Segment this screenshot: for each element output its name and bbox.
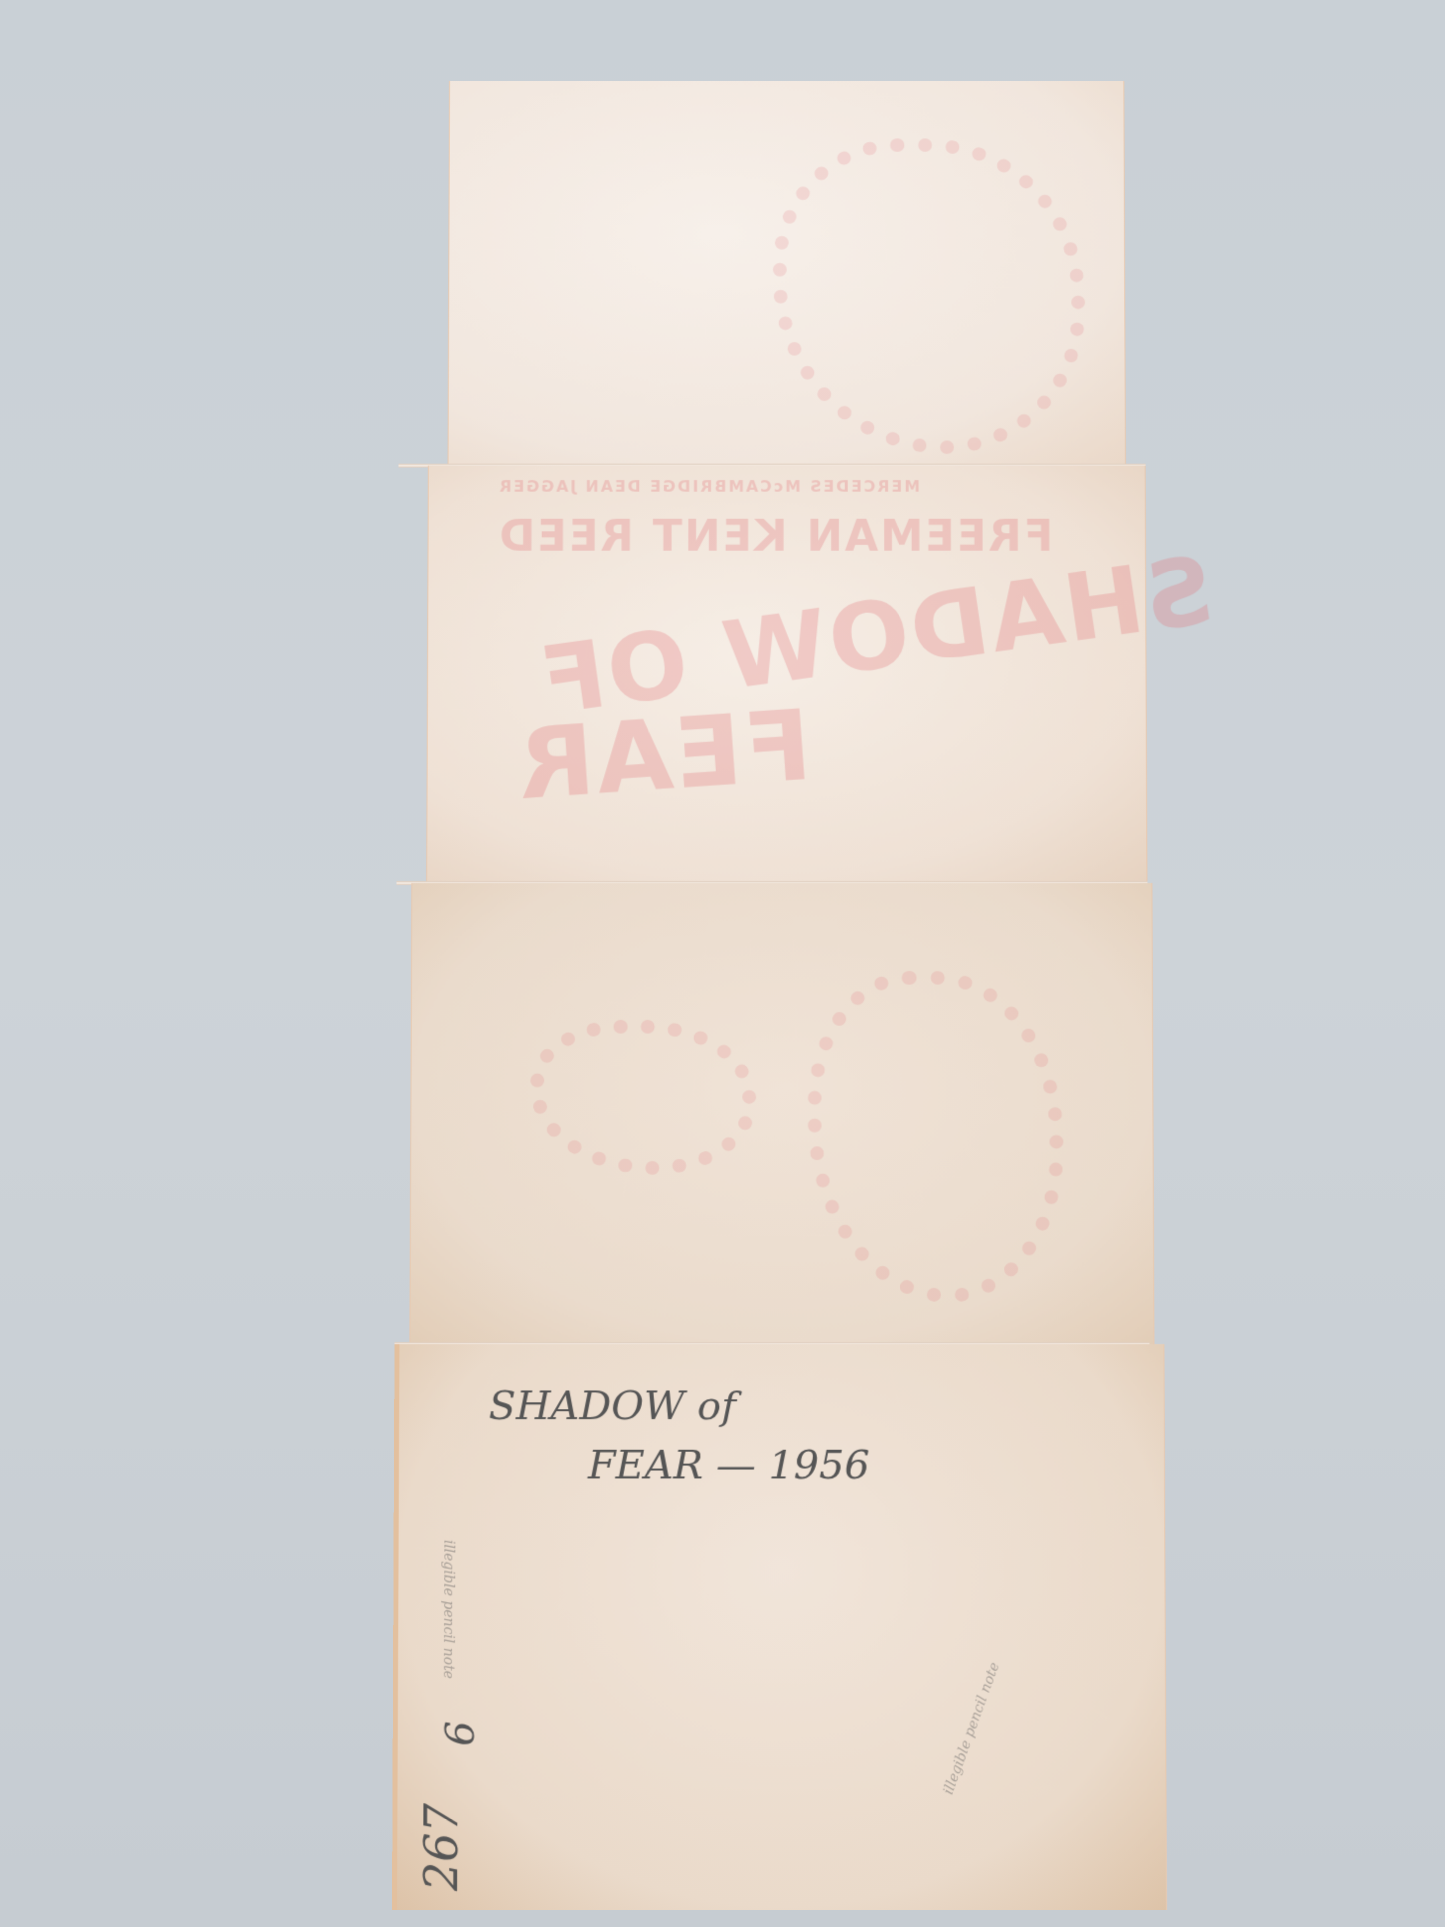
handwritten-title-1: SHADOW of	[489, 1384, 736, 1429]
inventory-number: 267	[414, 1803, 468, 1891]
poster-panel-2: MERCEDES McCAMBRIDGE DEAN JAGGER FREEMAN…	[426, 466, 1147, 883]
inventory-suffix: 6	[437, 1721, 483, 1746]
bottom-right-note: illegible pencil note	[940, 1660, 1003, 1797]
poster-panel-3	[409, 883, 1154, 1344]
bleed-figure-shape	[530, 1020, 756, 1175]
handwritten-title-2: FEAR — 1956	[588, 1443, 870, 1488]
bleed-portrait-shape	[773, 138, 1086, 454]
bleed-figure-shape	[808, 971, 1064, 1303]
margin-note: illegible pencil note	[440, 1540, 456, 1679]
bleed-title-2: FEAR	[513, 688, 815, 822]
bleed-names: FREEMAN KENT REED	[497, 512, 1053, 561]
poster-panel-4: SHADOW of FEAR — 1956 illegible pencil n…	[392, 1344, 1167, 1910]
poster-back: MERCEDES McCAMBRIDGE DEAN JAGGER FREEMAN…	[392, 81, 1152, 1910]
bleed-credits: MERCEDES McCAMBRIDGE DEAN JAGGER	[498, 477, 920, 495]
poster-panel-1	[448, 81, 1126, 466]
